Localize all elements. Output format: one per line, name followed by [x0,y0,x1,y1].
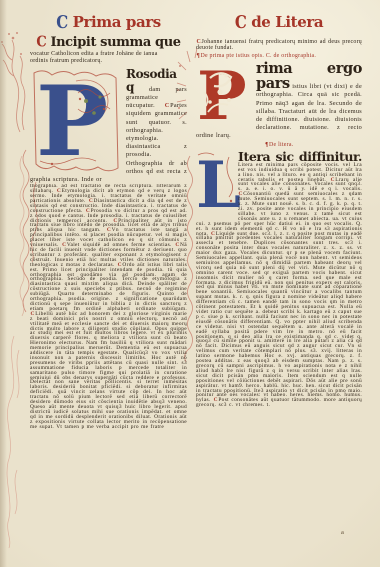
quire-signature-mark: a [341,529,344,536]
right-body-text: L Itera sic diffinitur. Litera est minim… [196,150,362,522]
incipit-title-text: Incipit summa que [50,35,180,50]
left-opening-passage: P Rosodia q dam pars grammatice nūcupatu… [30,68,187,185]
section-rubric: ¶De litera. [196,142,362,148]
red-capitulum-icon: C [235,13,247,31]
text-segment: Johanne ianuensi fratrų predicatorų mini… [196,39,362,51]
text-segment: De prima pte istius opis. C. de orthogra… [200,53,316,59]
woodcut-initial-P-right: P [196,62,252,128]
illuminated-initial-P-left: P [30,69,122,171]
svg-text:P: P [197,57,247,135]
chapter-rubric: ¶De prima pte istius opis. C. de orthogr… [196,53,362,59]
text-segment: Liquide sunt due. sc3. l. z. r. q posite… [196,231,362,404]
incipit-subtitle-line2: ordinis fratrum predicatorų. [30,58,187,64]
svg-text:L: L [196,150,241,223]
incipit-title: C Incipit summa que [30,36,187,50]
left-body-text: thographia. ad est tractatio de recta sc… [30,184,187,536]
right-opening-passage: P rima ergo pars istius libri (vt dixi) … [196,61,362,141]
text-segment: Post consonātes aūt quatuor tātummodo. m… [196,397,362,408]
manuscript-page: C Prima pars C Incipit summa que vocatur… [0,0,380,567]
right-column: C de Litera CJohanne ianuensi fratrų pre… [196,0,362,522]
left-column: C Prima pars C Incipit summa que vocatur… [30,0,187,536]
text-segment: De litera. [269,142,293,148]
illuminated-initial-L-right: L [196,151,234,217]
left-running-header: C Prima pars [30,14,187,30]
right-running-header-title: de Litera [251,13,323,31]
text-segment: Ordo aūt istius libri talis est. Primo l… [30,262,187,312]
svg-text:P: P [36,65,109,178]
left-running-header-title: Prima pars [73,13,161,31]
text-segment: Libellū autē hūc ad honorem dei z glorio… [30,311,187,430]
blue-capitulum-icon: C [56,13,68,31]
right-running-header: C de Litera [196,14,362,30]
incipit-subtitle-line1: vocatur Catholicon edita a fratre Johāne… [30,51,187,57]
dedication-text: CJohanne ianuensi fratrų predicatorų min… [196,39,362,52]
red-capitulum-icon: C [36,35,46,51]
